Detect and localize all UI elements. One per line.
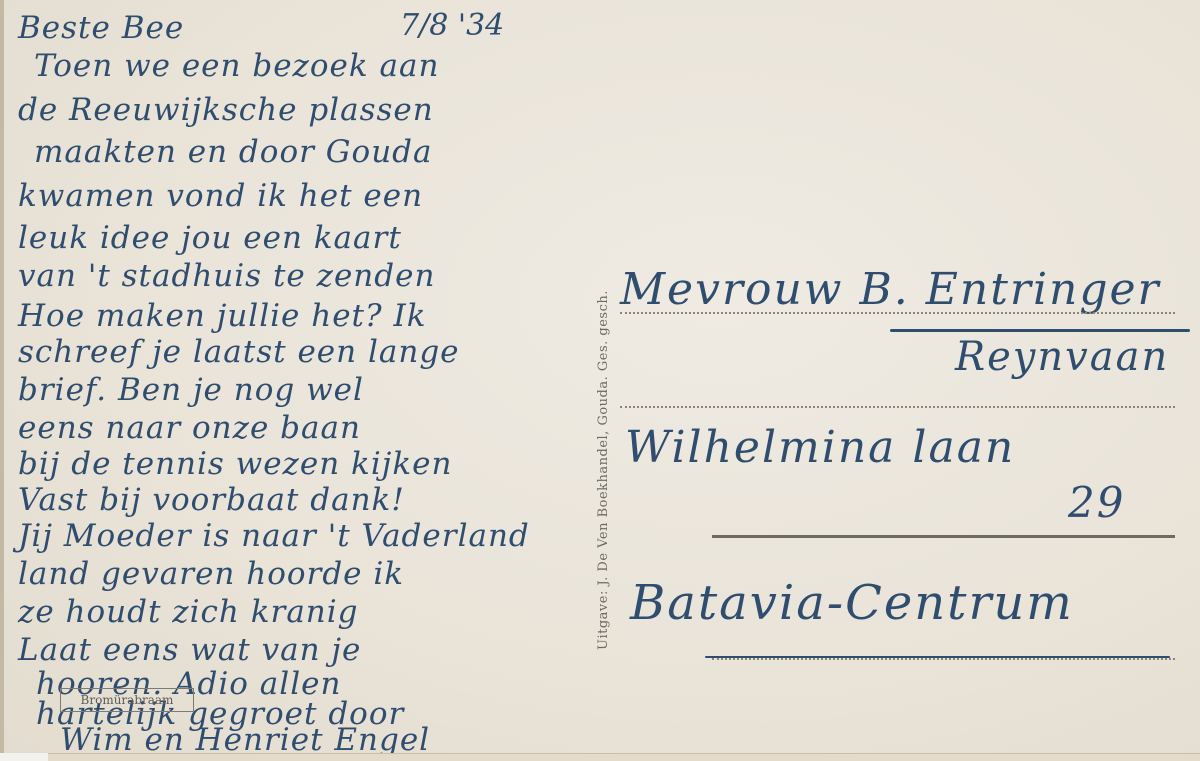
message-line: Vast bij voorbaat dank!	[18, 482, 405, 518]
address-name: Mevrouw B. Entringer	[620, 264, 1161, 315]
underline-stroke	[890, 329, 1190, 332]
printer-stamp: Bromürabraam	[60, 688, 194, 712]
address-line-2	[620, 406, 1175, 408]
postcard-back: 7/8 '34 Beste Bee Toen we een bezoek aan…	[0, 0, 1200, 754]
publisher-imprint: Uitgave: J. De Ven Boekhandel, Gouda. Ge…	[596, 290, 611, 650]
address-street: Wilhelmina laan	[625, 422, 1015, 473]
message-line: Beste Bee	[18, 10, 184, 46]
message-line: bij de tennis wezen kijken	[18, 446, 452, 482]
message-line: eens naar onze baan	[18, 410, 361, 446]
message-line: kwamen vond ik het een	[18, 178, 423, 214]
message-line: land gevaren hoorde ik	[18, 556, 404, 592]
card-left-edge	[0, 0, 4, 753]
address-line-3	[712, 535, 1175, 538]
address-line-4	[712, 658, 1175, 660]
message-line: maakten en door Gouda	[34, 134, 433, 170]
background-strip	[0, 753, 48, 761]
message-line: Toen we een bezoek aan	[34, 48, 439, 84]
message-line: Hoe maken jullie het? Ik	[18, 298, 427, 334]
message-date: 7/8 '34	[400, 8, 504, 43]
address-number: 29	[1068, 478, 1125, 527]
message-line: Jij Moeder is naar 't Vaderland	[18, 518, 530, 554]
message-line: schreef je laatst een lange	[18, 334, 460, 370]
address-city: Batavia-Centrum	[630, 575, 1074, 631]
message-line: leuk idee jou een kaart	[18, 220, 402, 256]
message-line: brief. Ben je nog wel	[18, 372, 364, 408]
message-line: ze houdt zich kranig	[18, 594, 359, 630]
address-line2: Reynvaan	[955, 334, 1169, 380]
message-line: van 't stadhuis te zenden	[18, 258, 435, 294]
underline-stroke	[705, 656, 1170, 658]
message-line: de Reeuwijksche plassen	[18, 92, 434, 128]
message-line: Laat eens wat van je	[18, 632, 361, 668]
card-bottom-edge	[48, 753, 1200, 761]
address-line-1	[620, 312, 1175, 314]
